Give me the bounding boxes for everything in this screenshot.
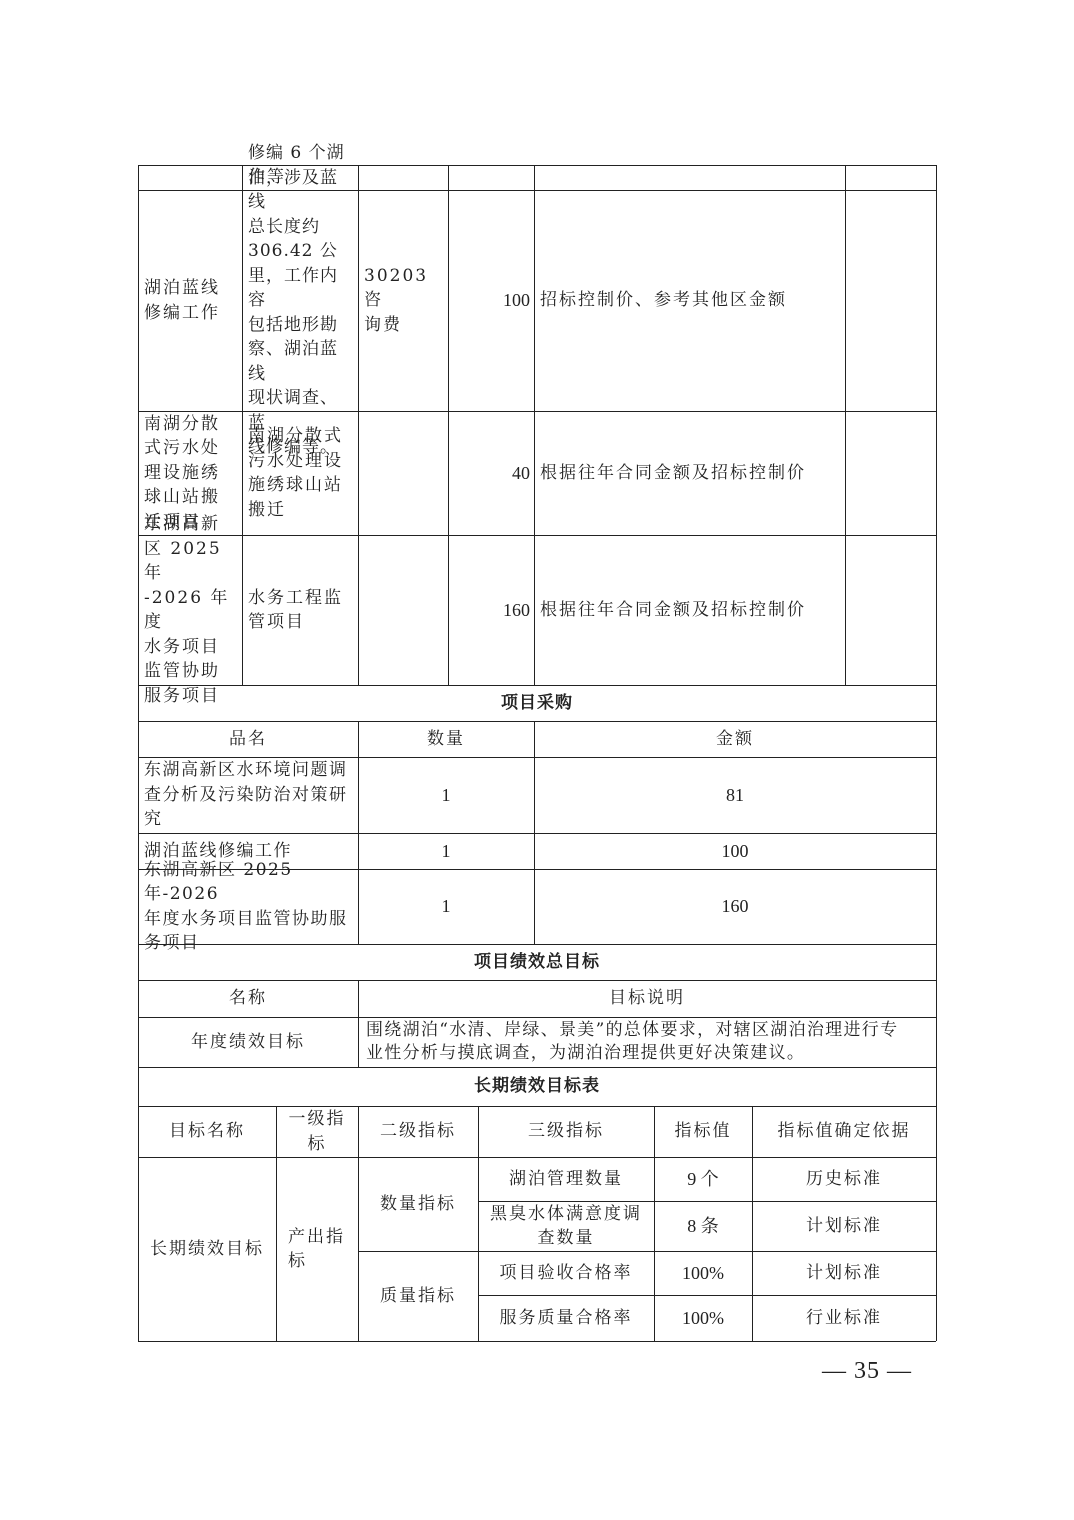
level3-cell: 项目验收合格率 <box>478 1251 654 1295</box>
basis-cell: 行业标准 <box>752 1295 936 1341</box>
column-header: 名称 <box>138 980 358 1017</box>
amount-cell: 100 <box>450 190 534 411</box>
level1-cell: 产出指 标 <box>284 1157 358 1341</box>
amount-cell: 160 <box>450 535 534 685</box>
amount-cell: 100 <box>534 833 936 869</box>
column-header: 金额 <box>534 721 936 757</box>
section-title: 长期绩效目标表 <box>138 1067 936 1106</box>
page-number: — 35 — <box>822 1358 912 1385</box>
project-content-cell: 水务工程监 管项目 <box>244 535 358 685</box>
value-cell: 100% <box>654 1295 752 1341</box>
amount-cell: 160 <box>534 869 936 944</box>
basis-cell: 招标控制价、参考其他区金额 <box>536 190 845 411</box>
econ-class-cell: 30203 咨 询费 <box>360 190 448 411</box>
basis-cell: 计划标准 <box>752 1201 936 1251</box>
column-header: 数量 <box>358 721 534 757</box>
item-name-cell: 东湖高新区水环境问题调 查分析及污染防治对策研 究 <box>140 757 358 833</box>
goal-name-cell: 年度绩效目标 <box>138 1017 358 1067</box>
column-header: 目标名称 <box>138 1106 276 1157</box>
value-cell: 100% <box>654 1251 752 1295</box>
level3-cell: 服务质量合格率 <box>478 1295 654 1341</box>
qty-cell: 1 <box>358 757 534 833</box>
level2-cell: 数量指标 <box>358 1157 478 1251</box>
column-header: 指标值 <box>654 1106 752 1157</box>
amount-cell: 81 <box>534 757 936 833</box>
basis-cell: 根据往年合同金额及招标控制价 <box>536 535 845 685</box>
level2-cell: 质量指标 <box>358 1251 478 1341</box>
level3-cell: 湖泊管理数量 <box>478 1157 654 1201</box>
section-title: 项目采购 <box>138 685 936 721</box>
basis-cell: 根据往年合同金额及招标控制价 <box>536 411 845 535</box>
basis-cell: 计划标准 <box>752 1251 936 1295</box>
project-name-cell: 东湖高新 区 2025 年 -2026 年度 水务项目 监管协助 服务项目 <box>140 535 242 685</box>
item-name-cell: 东湖高新区 2025 年-2026 年度水务项目监管协助服 务项目 <box>140 869 358 944</box>
column-header: 三级指标 <box>478 1106 654 1157</box>
project-content-cell: 修编 6 个湖 泊，涉及蓝线 总长度约 306.42 公 里，工作内容 包括地形… <box>244 190 358 411</box>
goal-name-cell: 长期绩效目标 <box>138 1157 276 1341</box>
qty-cell: 1 <box>358 869 534 944</box>
goal-desc-cell: 围绕湖泊“水清、岸绿、景美”的总体要求，对辖区湖泊治理进行专 业性分析与摸底调查… <box>362 1017 936 1067</box>
amount-cell: 40 <box>450 411 534 535</box>
level3-cell: 黑臭水体满意度调 查数量 <box>478 1201 654 1251</box>
value-cell: 8 条 <box>654 1201 752 1251</box>
column-header: 目标说明 <box>358 980 936 1017</box>
column-header: 品名 <box>138 721 358 757</box>
basis-cell: 历史标准 <box>752 1157 936 1201</box>
document-page: 作等 湖泊蓝线 修编工作 修编 6 个湖 泊，涉及蓝线 总长度约 306.42 … <box>0 0 1074 1520</box>
qty-cell: 1 <box>358 833 534 869</box>
section-title: 项目绩效总目标 <box>138 944 936 980</box>
column-header: 一级指 标 <box>276 1106 358 1157</box>
project-name-cell: 湖泊蓝线 修编工作 <box>140 190 242 411</box>
project-content-cell: 南湖分散式 污水处理设 施绣球山站 搬迁 <box>244 411 358 535</box>
value-cell: 9 个 <box>654 1157 752 1201</box>
column-header: 指标值确定依据 <box>752 1106 936 1157</box>
column-header: 二级指标 <box>358 1106 478 1157</box>
